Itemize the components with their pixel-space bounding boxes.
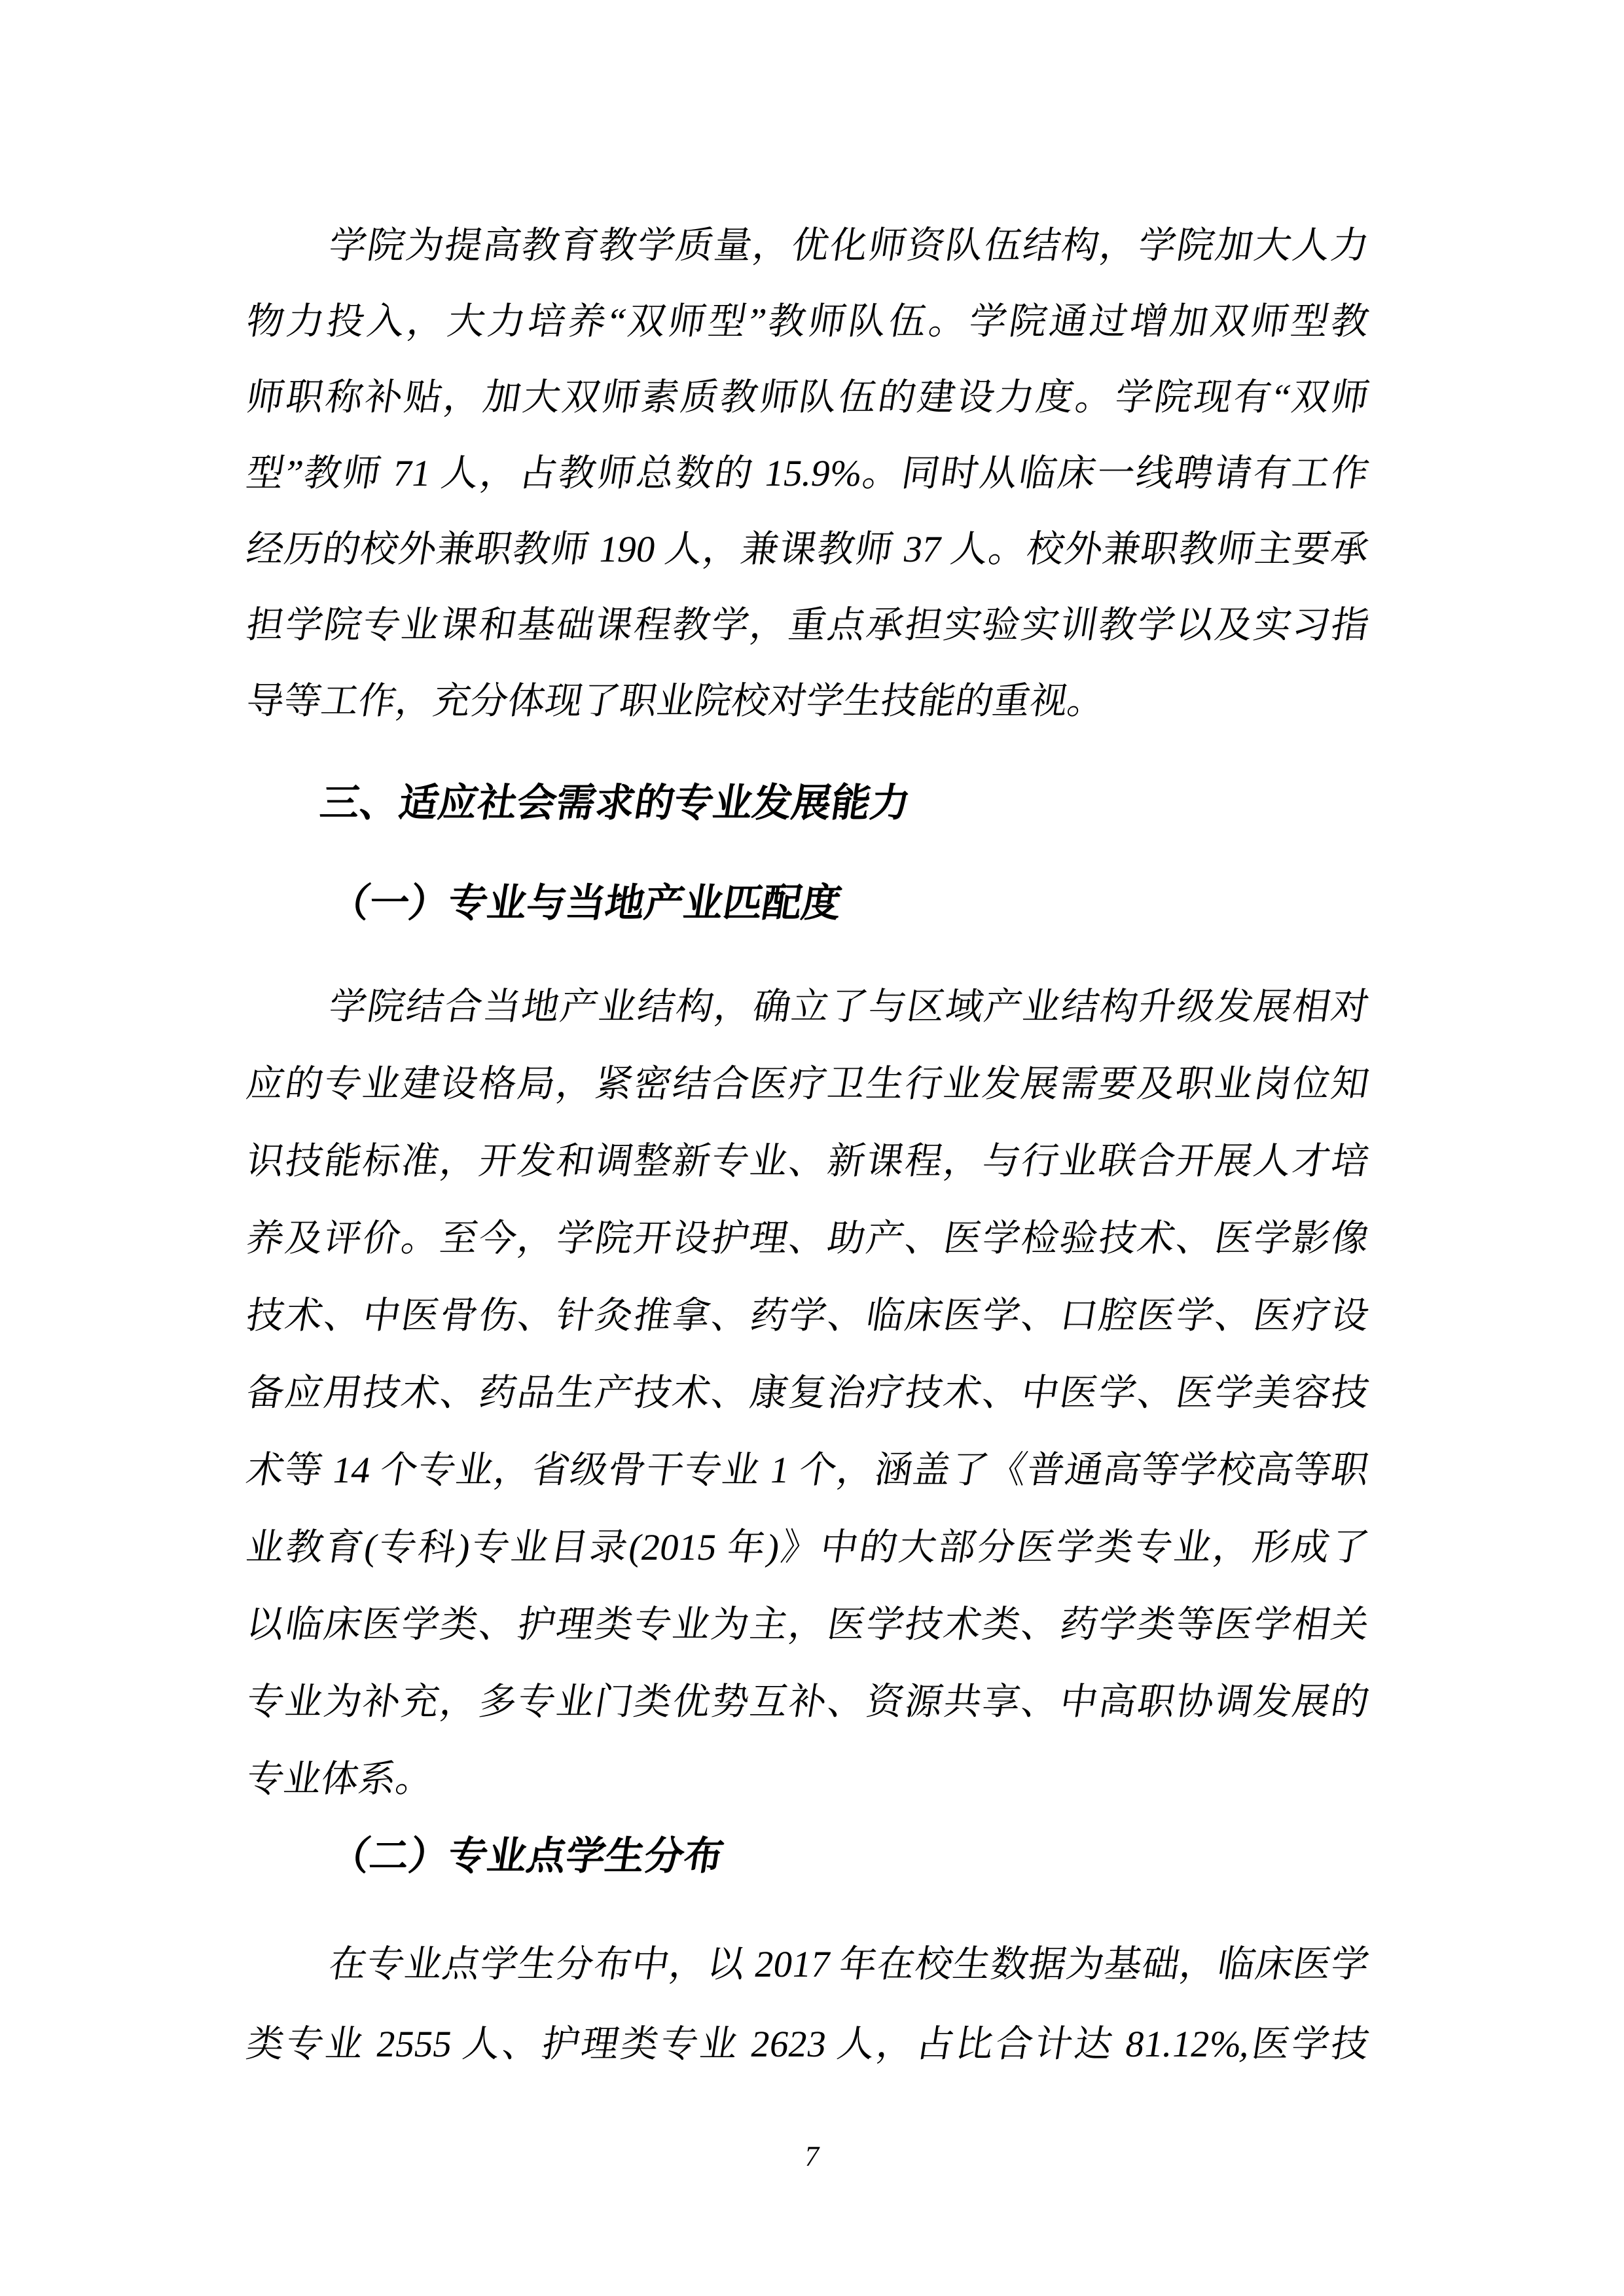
body-line: 学院为提高教育教学质量，优化师资队伍结构，学院加大人力 — [241, 208, 1375, 284]
body-line: 以临床医学类、护理类专业为主，医学技术类、药学类等医学相关 — [241, 1587, 1375, 1664]
body-line: 养及评价。至今，学院开设护理、助产、医学检验技术、医学影像 — [241, 1200, 1375, 1278]
body-line: 技术、中医骨伤、针灸推拿、药学、临床医学、口腔医学、医疗设 — [241, 1278, 1375, 1355]
body-line: 导等工作，充分体现了职业院校对学生技能的重视。 — [241, 664, 1375, 740]
paragraph-student-distribution: 在专业点学生分布中，以 2017 年在校生数据为基础，临床医学 类专业 2555… — [247, 1925, 1369, 2085]
body-line: 担学院专业课和基础课程教学，重点承担实验实训教学以及实习指 — [241, 588, 1375, 664]
body-line: 备应用技术、药品生产技术、康复治疗技术、中医学、医学美容技 — [241, 1355, 1375, 1432]
body-line: 应的专业建设格局，紧密结合医疗卫生行业发展需要及职业岗位知 — [241, 1046, 1375, 1123]
body-line: 学院结合当地产业结构，确立了与区域产业结构升级发展相对 — [241, 969, 1375, 1046]
page-content: 学院为提高教育教学质量，优化师资队伍结构，学院加大人力 物力投入，大力培养“双师… — [247, 208, 1369, 2085]
page-number: 7 — [0, 2140, 1624, 2173]
section-heading: 三、适应社会需求的专业发展能力 — [241, 765, 1375, 841]
body-line: 术等 14 个专业，省级骨干专业 1 个，涵盖了《普通高等学校高等职 — [241, 1432, 1375, 1509]
body-line: 型”教师 71 人，占教师总数的 15.9%。同时从临床一线聘请有工作 — [241, 436, 1375, 512]
body-line: 经历的校外兼职教师 190 人，兼课教师 37 人。校外兼职教师主要承 — [241, 512, 1375, 588]
document-page: 学院为提高教育教学质量，优化师资队伍结构，学院加大人力 物力投入，大力培养“双师… — [0, 0, 1624, 2296]
body-line: 专业体系。 — [241, 1741, 1375, 1818]
body-line: 类专业 2555 人、护理类专业 2623 人，占比合计达 81.12%,医学技 — [240, 2005, 1375, 2085]
body-line: 师职称补贴，加大双师素质教师队伍的建设力度。学院现有“双师 — [241, 360, 1375, 436]
paragraph-teachers: 学院为提高教育教学质量，优化师资队伍结构，学院加大人力 物力投入，大力培养“双师… — [247, 208, 1369, 740]
subsection-heading-industry-match: （一）专业与当地产业匹配度 — [241, 865, 1375, 941]
body-line: 专业为补充，多专业门类优势互补、资源共享、中高职协调发展的 — [241, 1664, 1375, 1741]
body-line: 识技能标准，开发和调整新专业、新课程，与行业联合开展人才培 — [241, 1123, 1375, 1200]
paragraph-industry-match: 学院结合当地产业结构，确立了与区域产业结构升级发展相对 应的专业建设格局，紧密结… — [247, 969, 1369, 1818]
subsection-heading-student-distribution: （二）专业点学生分布 — [241, 1818, 1375, 1894]
body-line: 业教育(专科)专业目录(2015 年)》中的大部分医学类专业，形成了 — [241, 1509, 1375, 1587]
body-line: 在专业点学生分布中，以 2017 年在校生数据为基础，临床医学 — [240, 1925, 1375, 2005]
body-line: 物力投入，大力培养“双师型”教师队伍。学院通过增加双师型教 — [241, 284, 1375, 360]
